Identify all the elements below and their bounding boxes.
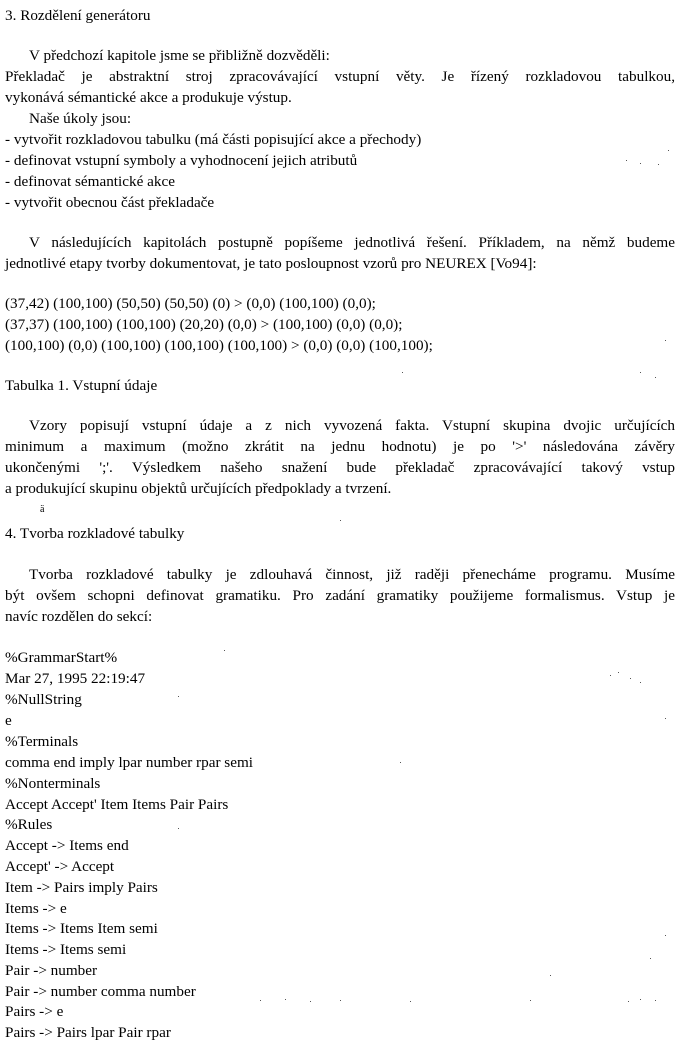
- intro-line: V předchozí kapitole jsme se přibližně d…: [5, 46, 675, 66]
- paragraph-2-line-1: V následujících kapitolách postupně popí…: [5, 233, 675, 253]
- tasks-intro: Naše úkoly jsou:: [5, 109, 675, 129]
- grammar-line: Items -> Items Item semi: [5, 919, 675, 939]
- paragraph-4-line-3: navíc rozdělen do sekcí:: [5, 607, 675, 627]
- grammar-line: Accept' -> Accept: [5, 857, 675, 877]
- paragraph-4-line-1: Tvorba rozkladové tabulky je zdlouhavá č…: [5, 565, 675, 585]
- table-caption: Tabulka 1. Vstupní údaje: [5, 376, 675, 396]
- grammar-line: Accept -> Items end: [5, 836, 675, 856]
- paragraph-3-line-3: ukončenými ';'. Výsledkem našeho snažení…: [5, 458, 675, 478]
- grammar-line: Items -> e: [5, 899, 675, 919]
- task-item: - vytvořit rozkladovou tabulku (má části…: [5, 130, 675, 150]
- stray-mark: ä: [40, 500, 675, 520]
- section-3-heading: 3. Rozdělení generátoru: [5, 6, 675, 26]
- grammar-line: %GrammarStart%: [5, 648, 675, 668]
- grammar-line: %Rules: [5, 815, 675, 835]
- pattern-line: (100,100) (0,0) (100,100) (100,100) (100…: [5, 336, 675, 356]
- grammar-line: Mar 27, 1995 22:19:47: [5, 669, 675, 689]
- paragraph-4-line-2: být ovšem schopni definovat gramatiku. P…: [5, 586, 675, 606]
- grammar-line: Items -> Items semi: [5, 940, 675, 960]
- grammar-line: comma end imply lpar number rpar semi: [5, 753, 675, 773]
- task-item: - definovat sémantické akce: [5, 172, 675, 192]
- document-page: 3. Rozdělení generátoru V předchozí kapi…: [0, 0, 680, 1044]
- grammar-line: %NullString: [5, 690, 675, 710]
- paragraph-1-line-2: vykonává sémantické akce a produkuje výs…: [5, 88, 675, 108]
- grammar-line: %Terminals: [5, 732, 675, 752]
- task-item: - definovat vstupní symboly a vyhodnocen…: [5, 151, 675, 171]
- grammar-line: Pair -> number: [5, 961, 675, 981]
- grammar-line: Pairs -> e: [5, 1002, 675, 1022]
- pattern-line: (37,37) (100,100) (100,100) (20,20) (0,0…: [5, 315, 675, 335]
- section-4-heading: 4. Tvorba rozkladové tabulky: [5, 524, 675, 544]
- grammar-line: Accept Accept' Item Items Pair Pairs: [5, 795, 675, 815]
- pattern-line: (37,42) (100,100) (50,50) (50,50) (0) > …: [5, 294, 675, 314]
- grammar-line: e: [5, 711, 675, 731]
- task-item: - vytvořit obecnou část překladače: [5, 193, 675, 213]
- paragraph-2-line-2: jednotlivé etapy tvorby dokumentovat, je…: [5, 254, 675, 274]
- paragraph-3-line-1: Vzory popisují vstupní údaje a z nich vy…: [5, 416, 675, 436]
- paragraph-1-line-1: Překladač je abstraktní stroj zpracováva…: [5, 67, 675, 87]
- paragraph-3-line-4: a produkující skupinu objektů určujících…: [5, 479, 675, 499]
- grammar-line: Pairs -> Pairs lpar Pair rpar: [5, 1023, 675, 1043]
- grammar-line: Pair -> number comma number: [5, 982, 675, 1002]
- paragraph-3-line-2: minimum a maximum (možno zkrátit na jedn…: [5, 437, 675, 457]
- grammar-line: %Nonterminals: [5, 774, 675, 794]
- grammar-line: Item -> Pairs imply Pairs: [5, 878, 675, 898]
